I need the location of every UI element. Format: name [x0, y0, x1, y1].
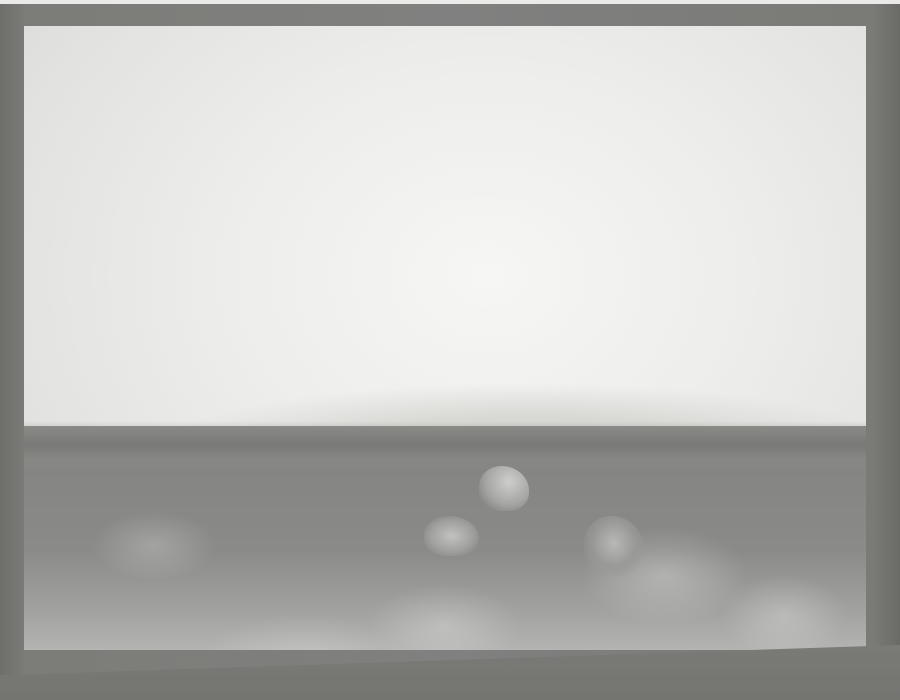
- sheep-figure: [424, 516, 479, 556]
- painting-canvas: [24, 26, 866, 650]
- photo-stage: Grayscale photograph of a framed landsca…: [0, 0, 900, 700]
- image-description: Grayscale photograph of a framed landsca…: [0, 0, 1, 1]
- horizon-band: [24, 421, 866, 461]
